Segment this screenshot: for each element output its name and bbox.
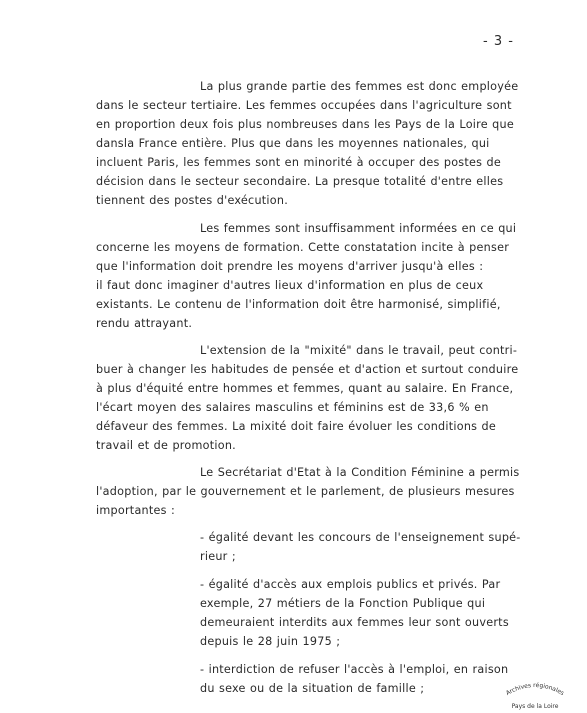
text-line: défaveur des femmes. La mixité doit fair… — [96, 420, 496, 433]
text-line: - égalité d'accès aux emplois publics et… — [200, 578, 500, 591]
page-number: - 3 - — [483, 34, 514, 49]
text-line: travail et de promotion. — [96, 439, 236, 452]
text-line: décision dans le secteur secondaire. La … — [96, 175, 503, 188]
text-line: que l'information doit prendre les moyen… — [96, 260, 483, 273]
text-line: tiennent des postes d'exécution. — [96, 194, 288, 207]
text-line: rendu attrayant. — [96, 317, 192, 330]
text-line: rieur ; — [200, 550, 236, 563]
svg-text:Pays de la Loire: Pays de la Loire — [512, 703, 559, 710]
text-line: importantes : — [96, 504, 175, 517]
stamp-arc-icon: Archives régionales Pays de la Loire — [495, 678, 575, 712]
text-line: à plus d'équité entre hommes et femmes, … — [96, 382, 513, 395]
text-line: dansla France entière. Plus que dans les… — [96, 137, 490, 150]
text-line: depuis le 28 juin 1975 ; — [200, 635, 340, 648]
text-line: Le Secrétariat d'Etat à la Condition Fém… — [200, 466, 519, 479]
archives-stamp: Archives régionales Pays de la Loire — [495, 678, 575, 712]
text-line: du sexe ou de la situation de famille ; — [200, 682, 424, 695]
text-line: il faut donc imaginer d'autres lieux d'i… — [96, 279, 483, 292]
text-line: existants. Le contenu de l'information d… — [96, 298, 501, 311]
text-line: L'extension de la "mixité" dans le trava… — [200, 344, 517, 357]
text-line: en proportion deux fois plus nombreuses … — [96, 118, 514, 131]
text-line: - égalité devant les concours de l'ensei… — [200, 531, 521, 544]
text-line: l'écart moyen des salaires masculins et … — [96, 401, 489, 414]
text-line: demeuraient interdits aux femmes leur so… — [200, 616, 509, 629]
text-line: Les femmes sont insuffisamment informées… — [200, 222, 516, 235]
text-line: - interdiction de refuser l'accès à l'em… — [200, 663, 508, 676]
text-line: incluent Paris, les femmes sont en minor… — [96, 156, 501, 169]
svg-text:Archives régionales: Archives régionales — [505, 682, 566, 697]
text-line: buer à changer les habitudes de pensée e… — [96, 363, 518, 376]
text-line: exemple, 27 métiers de la Fonction Publi… — [200, 597, 485, 610]
text-line: concerne les moyens de formation. Cette … — [96, 241, 509, 254]
text-line: La plus grande partie des femmes est don… — [200, 80, 518, 93]
text-line: l'adoption, par le gouvernement et le pa… — [96, 485, 515, 498]
text-line: dans le secteur tertiaire. Les femmes oc… — [96, 99, 512, 112]
